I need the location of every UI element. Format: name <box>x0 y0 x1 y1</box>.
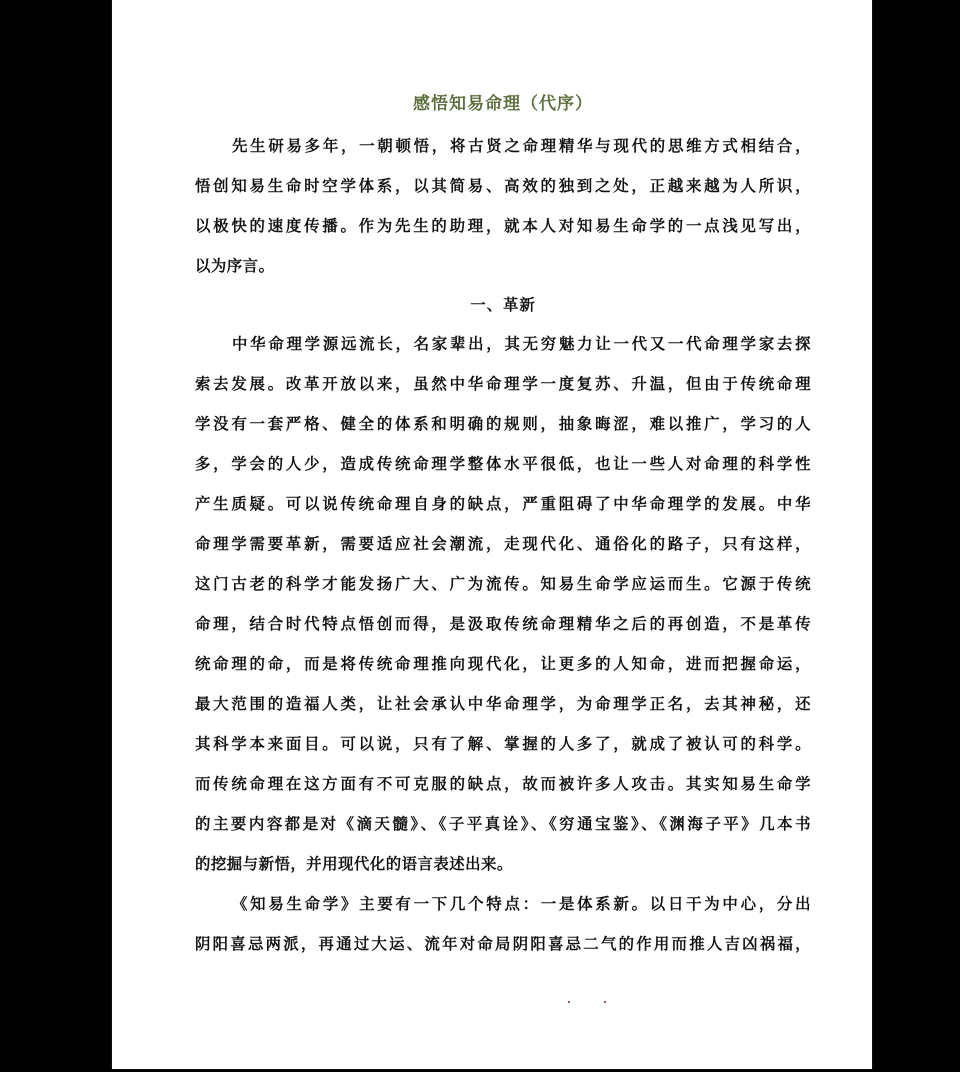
section-paragraph-2: 《知易生命学》主要有一下几个特点：一是体系新。以日干为中心，分出 阴阳喜忌两派，… <box>195 884 811 964</box>
text-line: 先生研易多年，一朝顿悟，将古贤之命理精华与现代的思维方式相结合， <box>195 126 811 166</box>
text-line: 的主要内容都是对《滴天髓》、《子平真诠》、《穷通宝鉴》、《渊海子平》几本书 <box>195 804 811 844</box>
text-line: 中华命理学源远流长，名家辈出，其无穷魅力让一代又一代命理学家去探 <box>195 324 811 364</box>
page-content: 感悟知易命理（代序） 先生研易多年，一朝顿悟，将古贤之命理精华与现代的思维方式相… <box>195 88 811 964</box>
text-line: 其科学本来面目。可以说，只有了解、掌握的人多了，就成了被认可的科学。 <box>195 724 811 764</box>
text-line: 悟创知易生命时空学体系，以其简易、高效的独到之处，正越来越为人所识， <box>195 166 811 206</box>
text-line: 这门古老的科学才能发扬广大、广为流传。知易生命学应运而生。它源于传统 <box>195 564 811 604</box>
text-line: 学没有一套严格、健全的体系和明确的规则，抽象晦涩，难以推广，学习的人 <box>195 404 811 444</box>
section-paragraph-1: 中华命理学源远流长，名家辈出，其无穷魅力让一代又一代命理学家去探 索去发展。改革… <box>195 324 811 884</box>
text-line: 的挖掘与新悟，并用现代化的语言表述出来。 <box>195 844 811 884</box>
text-line: 命理学需要革新，需要适应社会潮流，走现代化、通俗化的路子，只有这样， <box>195 524 811 564</box>
artifact-dot <box>568 1001 570 1003</box>
document-viewer: 感悟知易命理（代序） 先生研易多年，一朝顿悟，将古贤之命理精华与现代的思维方式相… <box>0 0 960 1072</box>
text-line: 《知易生命学》主要有一下几个特点：一是体系新。以日干为中心，分出 <box>195 884 811 924</box>
intro-paragraph: 先生研易多年，一朝顿悟，将古贤之命理精华与现代的思维方式相结合， 悟创知易生命时… <box>195 126 811 286</box>
artifact-dot <box>604 1001 606 1003</box>
scan-artifact <box>568 1001 608 1005</box>
text-line: 以为序言。 <box>195 246 811 286</box>
text-line: 阴阳喜忌两派，再通过大运、流年对命局阴阳喜忌二气的作用而推人吉凶祸福， <box>195 924 811 964</box>
text-line: 索去发展。改革开放以来，虽然中华命理学一度复苏、升温，但由于传统命理 <box>195 364 811 404</box>
text-line: 最大范围的造福人类，让社会承认中华命理学，为命理学正名，去其神秘，还 <box>195 684 811 724</box>
section-heading: 一、革新 <box>195 286 811 324</box>
text-line: 多，学会的人少，造成传统命理学整体水平很低，也让一些人对命理的科学性 <box>195 444 811 484</box>
text-line: 统命理的命，而是将传统命理推向现代化，让更多的人知命，进而把握命运， <box>195 644 811 684</box>
text-line: 产生质疑。可以说传统命理自身的缺点，严重阻碍了中华命理学的发展。中华 <box>195 484 811 524</box>
document-title: 感悟知易命理（代序） <box>195 88 811 120</box>
document-page: 感悟知易命理（代序） 先生研易多年，一朝顿悟，将古贤之命理精华与现代的思维方式相… <box>112 0 872 1069</box>
text-line: 以极快的速度传播。作为先生的助理，就本人对知易生命学的一点浅见写出， <box>195 206 811 246</box>
text-line: 而传统命理在这方面有不可克服的缺点，故而被许多人攻击。其实知易生命学 <box>195 764 811 804</box>
text-line: 命理，结合时代特点悟创而得，是汲取传统命理精华之后的再创造，不是革传 <box>195 604 811 644</box>
